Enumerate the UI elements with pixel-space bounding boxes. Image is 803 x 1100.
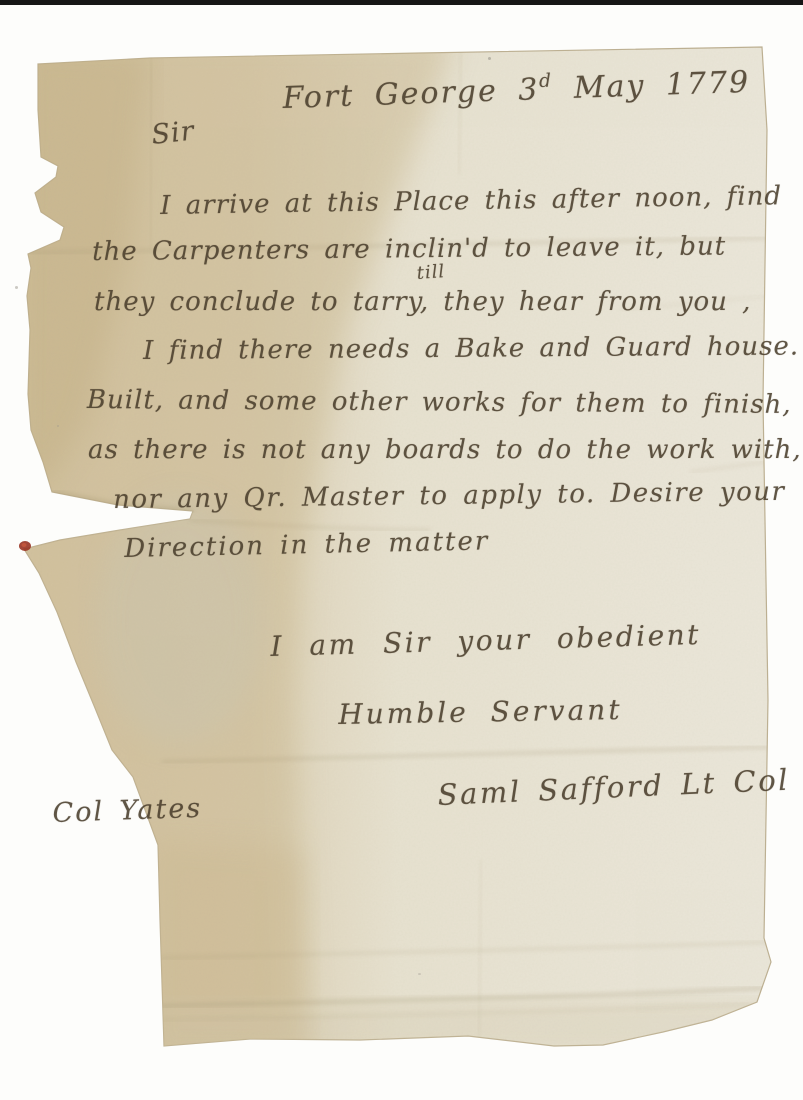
dateline: Fort George 3d May 1779 — [282, 64, 751, 116]
closing-line: I am Sir your obedient — [270, 618, 701, 663]
body-line: they conclude to tarry, they hear from y… — [94, 287, 751, 317]
dateline-date: May 1779 — [553, 65, 751, 107]
body-line: the Carpenters are inclin'd to leave it,… — [92, 231, 726, 267]
body-line: Direction in the matter — [124, 526, 490, 564]
salutation: Sir — [150, 116, 196, 151]
body-line: I arrive at this Place this after noon, … — [160, 181, 782, 221]
closing-line: Humble Servant — [338, 693, 623, 731]
body-line: Built, and some other works for them to … — [87, 385, 792, 420]
handwriting-layer: Fort George 3d May 1779 Sir I arrive at … — [0, 0, 803, 1100]
body-line: as there is not any boards to do the wor… — [88, 435, 802, 465]
signature: Saml Safford Lt Col — [437, 763, 791, 812]
letter-scan: Fort George 3d May 1779 Sir I arrive at … — [0, 0, 803, 1100]
dateline-superscript: d — [539, 71, 554, 92]
body-line: nor any Qr. Master to apply to. Desire y… — [113, 477, 786, 515]
interline-insertion: till — [416, 261, 446, 284]
addressee: Col Yates — [52, 793, 203, 829]
body-line: I find there needs a Bake and Guard hous… — [143, 331, 799, 366]
dateline-place: Fort George 3 — [282, 72, 540, 116]
